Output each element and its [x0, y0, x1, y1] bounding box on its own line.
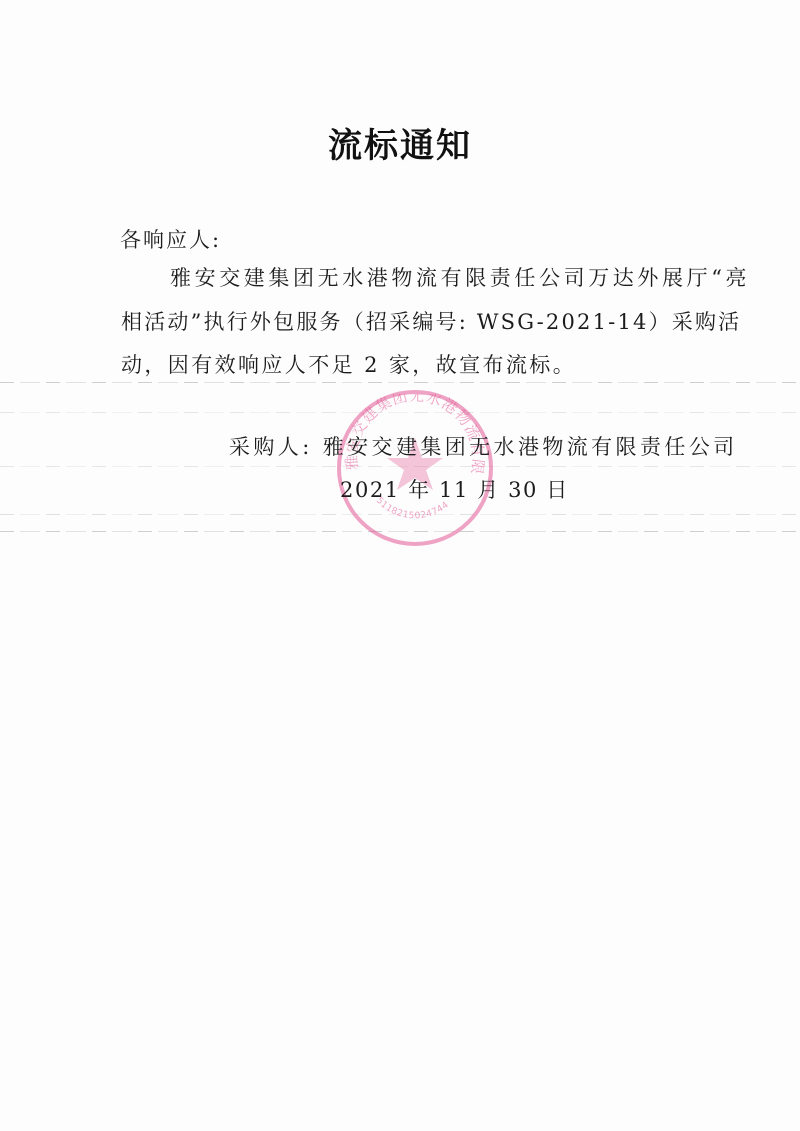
- document-page: 流标通知 各响应人: 雅安交建集团无水港物流有限责任公司万达外展厅“亮 相活动”…: [0, 0, 800, 1131]
- seal-graphic: 雅安交建集团无水港物流有限责任公司 5118215024744: [341, 394, 489, 542]
- document-title: 流标通知: [0, 118, 800, 167]
- scan-artifact-line: [0, 531, 800, 532]
- official-seal: 雅安交建集团无水港物流有限责任公司 5118215024744: [337, 390, 493, 546]
- scan-artifact-line: [0, 466, 800, 467]
- scan-artifact-line: [0, 514, 800, 515]
- purchaser-signature-line: 采购人: 雅安交建集团无水港物流有限责任公司: [229, 431, 738, 461]
- body-line-1: 雅安交建集团无水港物流有限责任公司万达外展厅“亮: [170, 262, 750, 292]
- scan-artifact-line: [0, 412, 800, 413]
- body-line-3: 动，因有效响应人不足 2 家，故宣布流标。: [121, 349, 576, 379]
- scan-artifact-line: [0, 382, 800, 383]
- salutation: 各响应人:: [120, 224, 221, 254]
- body-line-2: 相活动”执行外包服务（招采编号: WSG-2021-14）采购活: [121, 306, 741, 336]
- issue-date: 2021 年 11 月 30 日: [340, 474, 569, 504]
